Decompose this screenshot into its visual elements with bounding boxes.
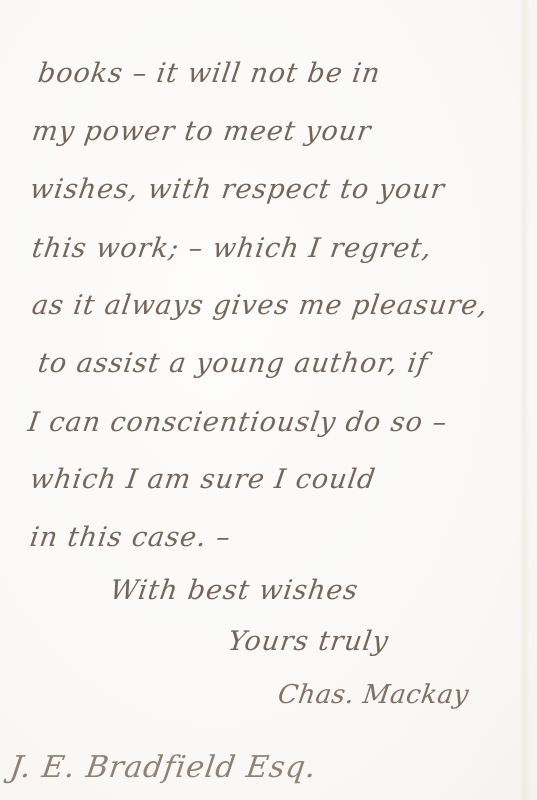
letter-line-1: books – it will not be in (36, 58, 383, 89)
letter-line-2: my power to meet your (30, 116, 373, 147)
letter-line-4: this work; – which I regret, (30, 233, 434, 264)
letter-line-5: as it always gives me pleasure, (30, 290, 490, 321)
letter-line-7: I can conscientiously do so – (26, 407, 449, 438)
letter-line-3: wishes, with respect to your (28, 174, 447, 205)
letter-line-9: in this case. – (28, 522, 233, 553)
addressee: J. E. Bradfield Esq. (8, 750, 319, 785)
signature: Chas. Mackay (276, 680, 471, 710)
letter-line-8: which I am sure I could (28, 464, 378, 495)
complimentary-close: Yours truly (226, 626, 391, 657)
letter-line-6: to assist a young author, if (36, 348, 430, 379)
letter-page: books – it will not be in my power to me… (0, 0, 537, 800)
valediction: With best wishes (108, 575, 360, 606)
